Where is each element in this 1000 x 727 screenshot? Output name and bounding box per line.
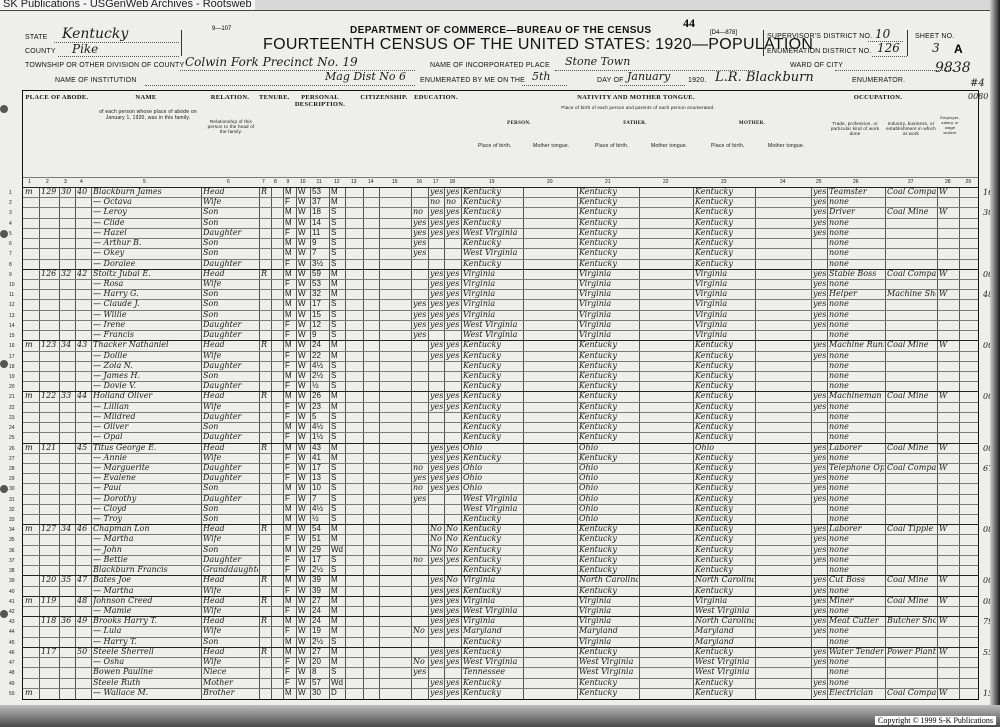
cell-sex: F: [285, 586, 295, 595]
cell-sex: F: [285, 402, 295, 411]
mother-tongue-header: Mother tongue.: [768, 143, 804, 149]
cell-birth: Kentucky: [463, 402, 522, 411]
cell-read: yes: [430, 596, 443, 605]
cell-father-birth: Kentucky: [579, 238, 638, 247]
cell-trade: none: [829, 299, 884, 308]
cell-english: yes: [813, 616, 826, 625]
cell-race: W: [298, 320, 309, 329]
line-number: 39: [9, 578, 15, 584]
cell-age: 30: [312, 688, 328, 697]
cell-father-birth: Kentucky: [579, 647, 638, 656]
cell-marital: S: [331, 667, 344, 676]
cell-sex: M: [285, 596, 295, 605]
column-number: 18: [450, 179, 456, 185]
cell-read: yes: [430, 402, 443, 411]
cell-race: W: [298, 524, 309, 533]
column-number: 7: [262, 179, 265, 185]
cell-father-birth: Ohio: [579, 494, 638, 503]
cell-trade: Helper: [829, 289, 884, 298]
cell-name: Bates Joe: [93, 575, 200, 584]
cell-race: W: [298, 606, 309, 615]
cell-name: — Zola N.: [93, 361, 200, 370]
cell-trade: none: [829, 545, 884, 554]
cell-mother-birth: Kentucky: [695, 197, 754, 206]
cell-english: yes: [813, 279, 826, 288]
cell-relation: Head: [203, 443, 258, 452]
cell-name: — Irene: [93, 320, 200, 329]
line-number: 40: [9, 589, 15, 595]
cell-age: 17: [312, 463, 328, 472]
cell-father-birth: Kentucky: [579, 586, 638, 595]
cell-father-birth: Ohio: [579, 514, 638, 523]
ward-label: WARD OF CITY: [790, 62, 843, 69]
cell-relation: Wife: [203, 606, 258, 615]
column-number: 11: [317, 179, 322, 185]
cell-name: — Octava: [93, 197, 200, 206]
cell-mother-birth: Kentucky: [695, 351, 754, 360]
cell-birth: West Virginia: [463, 320, 522, 329]
cell-father-birth: Kentucky: [579, 259, 638, 268]
cell-name: — Dorothy: [93, 494, 200, 503]
cell-sex: F: [285, 197, 295, 206]
line-number: 24: [9, 425, 15, 431]
cell-family-no: 36: [61, 616, 74, 625]
cell-write: yes: [446, 207, 460, 216]
cell-relation: Daughter: [203, 320, 258, 329]
cell-trade: Machine Runner: [829, 340, 884, 349]
cell-marital: S: [331, 238, 344, 247]
cell-race: W: [298, 412, 309, 421]
line-number: 9: [9, 272, 12, 278]
cell-birth: Kentucky: [463, 391, 522, 400]
cell-age: 22: [312, 351, 328, 360]
name-description: of each person whose place of abode on J…: [98, 109, 198, 121]
cell-race: W: [298, 504, 309, 513]
cell-family-no: 34: [61, 340, 74, 349]
cell-english: yes: [813, 626, 826, 635]
line-number: 45: [9, 640, 15, 646]
cell-write: yes: [446, 228, 460, 237]
cell-sex: F: [285, 432, 295, 441]
line-number: 17: [9, 354, 15, 360]
column-number: 12: [334, 179, 340, 185]
cell-age: 10: [312, 483, 328, 492]
line-number: 28: [9, 466, 15, 472]
cell-mother-birth: Kentucky: [695, 402, 754, 411]
enumeration-underline: [872, 56, 907, 57]
cell-age: 3½: [312, 259, 328, 268]
cell-sex: M: [285, 514, 295, 523]
cell-race: W: [298, 351, 309, 360]
cell-read: yes: [430, 616, 443, 625]
cell-sex: M: [285, 218, 295, 227]
line-number: 21: [9, 394, 15, 400]
cell-read: yes: [430, 586, 443, 595]
cell-sex: F: [285, 667, 295, 676]
cell-mother-birth: Kentucky: [695, 473, 754, 482]
cell-trade: none: [829, 422, 884, 431]
cell-trade: none: [829, 432, 884, 441]
cell-marital: M: [331, 616, 344, 625]
cell-birth: Virginia: [463, 575, 522, 584]
column-number: 10: [300, 179, 306, 185]
cell-relation: Wife: [203, 402, 258, 411]
cell-name: — Martha: [93, 586, 200, 595]
cell-marital: S: [331, 412, 344, 421]
cell-trade: none: [829, 606, 884, 615]
punch-hole: [0, 360, 8, 368]
cell-mother-birth: Virginia: [695, 269, 754, 278]
line-number: 13: [9, 313, 15, 319]
cell-age: 39: [312, 586, 328, 595]
cell-mother-birth: Kentucky: [695, 218, 754, 227]
cell-age: 32: [312, 289, 328, 298]
cell-sex: M: [285, 504, 295, 513]
enumerated-day: 5th: [532, 70, 551, 83]
cell-relation: Daughter: [203, 473, 258, 482]
row-line: [23, 310, 978, 311]
cell-mother-birth: Virginia: [695, 310, 754, 319]
cell-marital: S: [331, 422, 344, 431]
cell-sex: M: [285, 647, 295, 656]
cell-name: — Dovie V.: [93, 381, 200, 390]
line-number: 23: [9, 415, 15, 421]
cell-write: yes: [446, 289, 460, 298]
cell-birth: Ohio: [463, 443, 522, 452]
institution-underline: [145, 85, 415, 86]
cell-trade: Stable Boss: [829, 269, 884, 278]
cell-read: yes: [430, 463, 443, 472]
cell-english: yes: [813, 228, 826, 237]
line-number: 27: [9, 456, 15, 462]
cell-school: No: [413, 657, 427, 666]
cell-race: W: [298, 207, 309, 216]
sheet-value: 3: [932, 41, 940, 55]
cell-birth: Virginia: [463, 289, 522, 298]
cell-trade: none: [829, 514, 884, 523]
cell-trade: none: [829, 351, 884, 360]
cell-relation: Wife: [203, 197, 258, 206]
cell-trade: none: [829, 555, 884, 564]
cell-english: yes: [813, 187, 826, 196]
line-number: 35: [9, 537, 15, 543]
cell-race: W: [298, 330, 309, 339]
cell-english: yes: [813, 688, 826, 697]
cell-write: yes: [446, 688, 460, 697]
cell-trade: none: [829, 565, 884, 574]
cell-employer: W: [939, 463, 958, 472]
cell-name: — Oliver: [93, 422, 200, 431]
cell-school: yes: [413, 228, 427, 237]
colnum-divider: [23, 177, 978, 178]
cell-age: 53: [312, 279, 328, 288]
county-underline: [58, 56, 179, 57]
column-number: 13: [351, 179, 357, 185]
cell-employer: W: [939, 391, 958, 400]
cell-father-birth: Kentucky: [579, 555, 638, 564]
cell-trade: none: [829, 381, 884, 390]
cell-read: yes: [430, 606, 443, 615]
cell-father-birth: Kentucky: [579, 545, 638, 554]
cell-age: ½: [312, 514, 328, 523]
cell-birth: Kentucky: [463, 207, 522, 216]
row-line: [23, 269, 978, 270]
cell-employer: W: [939, 340, 958, 349]
cell-dwelling: 127: [41, 524, 58, 533]
cell-trade: Electrician: [829, 688, 884, 697]
column-number: 8: [274, 179, 277, 185]
cell-age: ½: [312, 381, 328, 390]
cell-father-birth: Kentucky: [579, 361, 638, 370]
row-line: [23, 606, 978, 607]
row-line: [23, 504, 978, 505]
cell-tenure: R: [261, 524, 270, 533]
cell-marital: M: [331, 596, 344, 605]
cell-sex: F: [285, 473, 295, 482]
cell-marital: S: [331, 555, 344, 564]
cell-sex: M: [285, 207, 295, 216]
cell-father-birth: Kentucky: [579, 371, 638, 380]
cell-father-birth: Kentucky: [579, 412, 638, 421]
cell-father-birth: Virginia: [579, 299, 638, 308]
cell-mother-birth: Kentucky: [695, 565, 754, 574]
row-line: [23, 463, 978, 464]
cell-mother-birth: West Virginia: [695, 657, 754, 666]
cell-industry: Power Plant: [887, 647, 936, 656]
header-brace: [181, 30, 182, 56]
cell-name: Stoltz Jubal E.: [93, 269, 200, 278]
cell-relation: Head: [203, 647, 258, 656]
cell-age: 4½: [312, 361, 328, 370]
county-label: COUNTY: [25, 48, 56, 55]
cell-age: 2½: [312, 637, 328, 646]
cell-age: 19: [312, 626, 328, 635]
nativity-description: Place of birth of each person and parent…: [468, 105, 808, 110]
incorporated-place-label: NAME OF INCORPORATED PLACE: [430, 62, 550, 69]
subgroup-person: PERSON.: [461, 121, 577, 126]
corner-note-1: 9838: [935, 60, 971, 76]
cell-employer: W: [939, 524, 958, 533]
cell-english: yes: [813, 647, 826, 656]
cell-name: — Lula: [93, 626, 200, 635]
cell-trade: none: [829, 238, 884, 247]
cell-english: yes: [813, 657, 826, 666]
cell-race: W: [298, 197, 309, 206]
cell-father-birth: Virginia: [579, 596, 638, 605]
cell-visit: 43: [77, 340, 90, 349]
cell-name: — Okey: [93, 248, 200, 257]
line-number: 42: [9, 609, 15, 615]
cell-father-birth: Virginia: [579, 289, 638, 298]
cell-marital: D: [331, 688, 344, 697]
cell-name: — Paul: [93, 483, 200, 492]
cell-name: — Rosa: [93, 279, 200, 288]
cell-father-birth: Kentucky: [579, 187, 638, 196]
cell-father-birth: Kentucky: [579, 228, 638, 237]
row-line: [23, 279, 978, 280]
cell-sex: M: [285, 248, 295, 257]
cell-sex: F: [285, 320, 295, 329]
cell-age: 24: [312, 340, 328, 349]
cell-trade: none: [829, 626, 884, 635]
cell-relation: Head: [203, 596, 258, 605]
cell-mother-birth: Kentucky: [695, 688, 754, 697]
cell-sex: F: [285, 463, 295, 472]
cell-relation: Daughter: [203, 228, 258, 237]
cell-relation: Daughter: [203, 555, 258, 564]
cell-industry: Coal Company: [887, 463, 936, 472]
cell-trade: none: [829, 453, 884, 462]
cell-sex: M: [285, 483, 295, 492]
cell-industry: Coal Mine: [887, 443, 936, 452]
cell-age: 9: [312, 330, 328, 339]
cell-industry: Coal Company: [887, 269, 936, 278]
cell-birth: Kentucky: [463, 218, 522, 227]
county-value: Pike: [72, 42, 98, 56]
district-brace: [763, 30, 764, 56]
cell-school: yes: [413, 248, 427, 257]
cell-sex: F: [285, 453, 295, 462]
cell-english: yes: [813, 402, 826, 411]
cell-marital: M: [331, 391, 344, 400]
punch-hole: [0, 230, 8, 238]
cell-read: yes: [430, 289, 443, 298]
cell-school: no: [413, 555, 427, 564]
group-education: EDUCATION.: [411, 94, 461, 101]
row-line: [23, 259, 978, 260]
cell-marital: M: [331, 351, 344, 360]
cell-age: 9: [312, 238, 328, 247]
cell-visit: 45: [77, 443, 90, 452]
line-number: 5: [9, 231, 12, 237]
cell-marital: S: [331, 463, 344, 472]
cell-english: yes: [813, 289, 826, 298]
cell-name: — Harry G.: [93, 289, 200, 298]
row-line: [23, 494, 978, 495]
cell-read: yes: [430, 320, 443, 329]
row-line: [23, 545, 978, 546]
cell-age: 2½: [312, 565, 328, 574]
cell-street: m: [25, 524, 38, 533]
cell-industry: Butcher Shop: [887, 616, 936, 625]
cell-relation: Head: [203, 391, 258, 400]
cell-marital: S: [331, 248, 344, 257]
cell-write: yes: [446, 453, 460, 462]
cell-age: 37: [312, 197, 328, 206]
cell-birth: West Virginia: [463, 494, 522, 503]
cell-street: m: [25, 340, 38, 349]
cell-birth: Kentucky: [463, 555, 522, 564]
month-underline: [620, 85, 685, 86]
group-tenure: TENURE.: [259, 94, 283, 101]
row-line: [23, 422, 978, 423]
cell-birth: Virginia: [463, 299, 522, 308]
cell-marital: M: [331, 269, 344, 278]
cell-age: 11: [312, 228, 328, 237]
cell-english: yes: [813, 545, 826, 554]
cell-marital: S: [331, 310, 344, 319]
cell-relation: Head: [203, 340, 258, 349]
cell-relation: Daughter: [203, 330, 258, 339]
cell-birth: Ohio: [463, 473, 522, 482]
employer-header: Employer, salary or wage worker: [939, 115, 961, 135]
line-number: 10: [9, 282, 15, 288]
cell-birth: Kentucky: [463, 361, 522, 370]
cell-birth: Kentucky: [463, 688, 522, 697]
cell-sex: F: [285, 361, 295, 370]
cell-age: 39: [312, 575, 328, 584]
cell-father-birth: Virginia: [579, 330, 638, 339]
cell-race: W: [298, 299, 309, 308]
cell-race: W: [298, 555, 309, 564]
cell-trade: Miner: [829, 596, 884, 605]
cell-name: — Mamie: [93, 606, 200, 615]
cell-age: 26: [312, 391, 328, 400]
row-line: [23, 534, 978, 535]
cell-name: Holland Oliver: [93, 391, 200, 400]
cell-father-birth: Kentucky: [579, 391, 638, 400]
cell-father-birth: Ohio: [579, 504, 638, 513]
line-number: 8: [9, 262, 12, 268]
row-line: [23, 586, 978, 587]
row-line: [23, 381, 978, 382]
cell-visit: 40: [77, 187, 90, 196]
column-number: 3: [64, 179, 67, 185]
cell-english: yes: [813, 596, 826, 605]
cell-race: W: [298, 514, 309, 523]
cell-race: W: [298, 575, 309, 584]
cell-english: yes: [813, 678, 826, 687]
cell-tenure: R: [261, 616, 270, 625]
cell-read: yes: [430, 626, 443, 635]
cell-marital: S: [331, 473, 344, 482]
cell-birth: Kentucky: [463, 422, 522, 431]
line-number: 19: [9, 374, 15, 380]
sheet-label: SHEET NO.: [915, 33, 954, 40]
row-line: [23, 351, 978, 352]
cell-tenure: R: [261, 269, 270, 278]
cell-trade: Machineman: [829, 391, 884, 400]
cell-relation: Head: [203, 575, 258, 584]
industry-header: Industry, business, or establishment in …: [885, 121, 937, 136]
cell-write: yes: [446, 657, 460, 666]
cell-school: yes: [413, 238, 427, 247]
cell-mother-birth: Kentucky: [695, 391, 754, 400]
column-number: 22: [663, 179, 669, 185]
cell-sex: M: [285, 524, 295, 533]
cell-mother-birth: Kentucky: [695, 361, 754, 370]
cell-marital: S: [331, 218, 344, 227]
cell-marital: M: [331, 340, 344, 349]
cell-sex: F: [285, 534, 295, 543]
cell-sex: M: [285, 575, 295, 584]
cell-trade: none: [829, 678, 884, 687]
cell-industry: Coal Mine: [887, 340, 936, 349]
cell-trade: none: [829, 330, 884, 339]
cell-tenure: R: [261, 575, 270, 584]
cell-read: No: [430, 524, 443, 533]
cell-marital: S: [331, 228, 344, 237]
cell-marital: S: [331, 494, 344, 503]
cell-write: No: [446, 524, 460, 533]
cell-age: 7: [312, 248, 328, 257]
enumeration-district-value: 126: [877, 41, 900, 55]
column-number: 14: [368, 179, 374, 185]
cell-marital: S: [331, 320, 344, 329]
cell-name: — Leroy: [93, 207, 200, 216]
cell-father-birth: Ohio: [579, 463, 638, 472]
cell-father-birth: Maryland: [579, 626, 638, 635]
